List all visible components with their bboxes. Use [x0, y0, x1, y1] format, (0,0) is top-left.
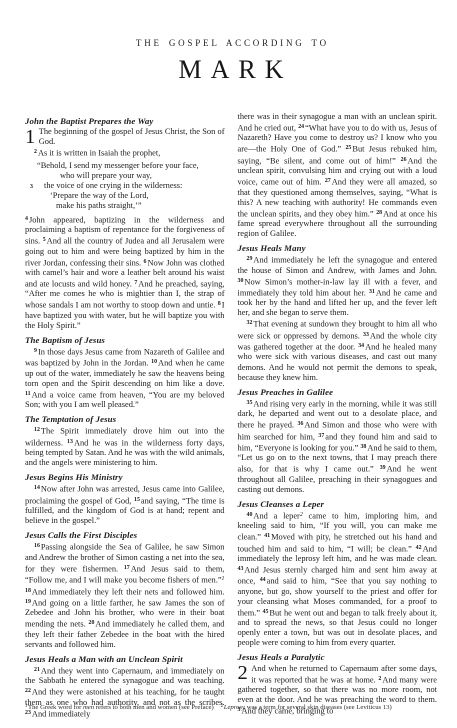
verse-number: 14: [34, 485, 40, 491]
verse-number: 5: [43, 237, 46, 243]
section-heading: Jesus Preaches in Galilee: [238, 387, 438, 397]
verse-text: refers to both men and women (see Prefac…: [94, 704, 214, 711]
verse-number: 11: [25, 391, 31, 397]
verse-number: 22: [25, 688, 31, 694]
verse-number: 36: [298, 421, 304, 427]
verse-text: was a term for several skin diseases (se…: [245, 704, 392, 711]
verse-paragraph: 32That evening at sundown they brought t…: [238, 318, 438, 382]
verse-number: 13: [67, 439, 73, 445]
verse-number: 2: [378, 676, 381, 682]
poetry-block: “Behold, I send my messenger before your…: [25, 161, 225, 211]
verse-number: 26: [401, 157, 407, 163]
verse-number: 43: [238, 566, 244, 572]
footnote: 1The Greek word for men refers to both m…: [25, 704, 214, 711]
chapter-number-dropcap: 2: [238, 664, 248, 683]
verse-text: The Greek word for: [28, 704, 83, 711]
text-column-right: there was in their synagogue a man with …: [238, 112, 438, 719]
section-heading: Jesus Cleanses a Leper: [238, 499, 438, 509]
verse-paragraph: 4John appeared, baptizing in the wildern…: [25, 214, 225, 331]
verse-number: 45: [263, 609, 269, 615]
verse-number: 42: [416, 545, 422, 551]
verse-paragraph: 40And a leper2 came to him, imploring hi…: [238, 510, 438, 648]
verse-paragraph: 14Now after John was arrested, Jesus cam…: [25, 483, 225, 526]
verse-text: As it is written in Isaiah the prophet,: [38, 149, 160, 158]
section-heading: The Temptation of Jesus: [25, 414, 225, 424]
verse-paragraph: 29And immediately he left the synagogue …: [238, 254, 438, 318]
verse-number: 44: [260, 577, 266, 583]
book-kicker: THE GOSPEL ACCORDING TO: [25, 38, 437, 49]
footnote-marker: 1: [222, 576, 225, 582]
verse-paragraph: 12The Spirit immediately drove him out i…: [25, 425, 225, 468]
verse-text: And a leper: [253, 511, 299, 520]
bible-page: THE GOSPEL ACCORDING TO MARK John the Ba…: [0, 0, 457, 728]
poetry-line: 3the voice of one crying in the wilderne…: [44, 181, 225, 191]
verse-number: 15: [134, 497, 140, 503]
verse-text: And they went into Capernaum, and immedi…: [25, 666, 225, 685]
verse-number: 31: [369, 289, 375, 295]
verse-number: 2: [34, 149, 37, 155]
poetry-line: who will prepare your way,: [60, 171, 225, 181]
section-heading: Jesus Heals Many: [238, 243, 438, 253]
poetry-line: ‘Prepare the way of the Lord,: [50, 191, 225, 201]
verse-number: 37: [318, 433, 324, 439]
verse-paragraph: 35And rising very early in the morning, …: [238, 398, 438, 495]
verse-number: 6: [144, 259, 147, 265]
poetry-text: “Behold, I send my messenger before your…: [37, 161, 199, 170]
book-title: MARK: [25, 56, 437, 84]
verse-number: 3: [30, 182, 33, 192]
verse-number: 19: [25, 599, 31, 605]
verse-number: 8: [218, 301, 221, 307]
poetry-text: make his paths straight,’”: [56, 201, 142, 210]
verse-number: 4: [25, 216, 28, 222]
verse-number: 21: [34, 667, 40, 673]
verse-number: 10: [151, 359, 157, 365]
verse-number: 39: [380, 465, 386, 471]
poetry-line: make his paths straight,’”: [56, 201, 225, 211]
section-heading: John the Baptist Prepares the Way: [25, 116, 225, 126]
verse-number: 16: [34, 543, 40, 549]
footnote: 2Leprosy was a term for several skin dis…: [221, 704, 392, 711]
footnotes-row: 1The Greek word for men refers to both m…: [25, 703, 437, 712]
verse-number: 12: [34, 427, 40, 433]
section-heading: The Baptism of Jesus: [25, 335, 225, 345]
verse-number: 25: [345, 145, 351, 151]
verse-number: 34: [358, 343, 364, 349]
verse-number: 24: [298, 124, 304, 130]
verse-paragraph: there was in their synagogue a man with …: [238, 112, 438, 239]
poetry-text: ‘Prepare the way of the Lord,: [50, 191, 149, 200]
verse-paragraph: 16Passing alongside the Sea of Galilee, …: [25, 541, 225, 649]
verse-number: 41: [264, 533, 270, 539]
poetry-text: the voice of one crying in the wildernes…: [44, 181, 182, 190]
verse-number: 29: [247, 256, 253, 262]
text-column-left: John the Baptist Prepares the Way1The be…: [25, 112, 225, 719]
verse-number: 9: [34, 348, 37, 354]
verse-number: 28: [376, 210, 382, 216]
verse-number: 20: [89, 620, 95, 626]
verse-text: The beginning of the gospel of Jesus Chr…: [39, 127, 225, 146]
verse-text: And immediately he left the synagogue an…: [238, 256, 438, 275]
verse-paragraph: 2As it is written in Isaiah the prophet,: [25, 147, 225, 158]
chapter-number-dropcap: 1: [25, 128, 35, 147]
italic-text: men: [83, 704, 94, 711]
verse-number: 18: [25, 588, 31, 594]
verse-paragraph: 9In those days Jesus came from Nazareth …: [25, 346, 225, 410]
poetry-text: who will prepare your way,: [60, 171, 152, 180]
verse-number: 38: [360, 444, 366, 450]
verse-number: 17: [124, 565, 130, 571]
verse-number: 27: [325, 178, 331, 184]
section-heading: Jesus Heals a Man with an Unclean Spirit: [25, 654, 225, 664]
verse-text: And immediately they left their nets and…: [32, 587, 225, 596]
section-heading: Jesus Heals a Paralytic: [238, 652, 438, 662]
poetry-line: “Behold, I send my messenger before your…: [37, 161, 225, 171]
italic-text: Leprosy: [224, 704, 245, 711]
verse-number: 32: [247, 320, 253, 326]
scripture-columns: John the Baptist Prepares the Way1The be…: [25, 112, 437, 719]
section-heading: Jesus Calls the First Disciples: [25, 530, 225, 540]
section-heading: Jesus Begins His Ministry: [25, 472, 225, 482]
verse-text: And a voice came from heaven, “You are m…: [25, 390, 225, 409]
verse-number: 40: [247, 512, 253, 518]
verse-number: 30: [238, 278, 244, 284]
chapter-paragraph: 1The beginning of the gospel of Jesus Ch…: [25, 127, 225, 147]
verse-number: 33: [363, 332, 369, 338]
verse-number: 35: [247, 400, 253, 406]
verse-number: 7: [134, 280, 137, 286]
